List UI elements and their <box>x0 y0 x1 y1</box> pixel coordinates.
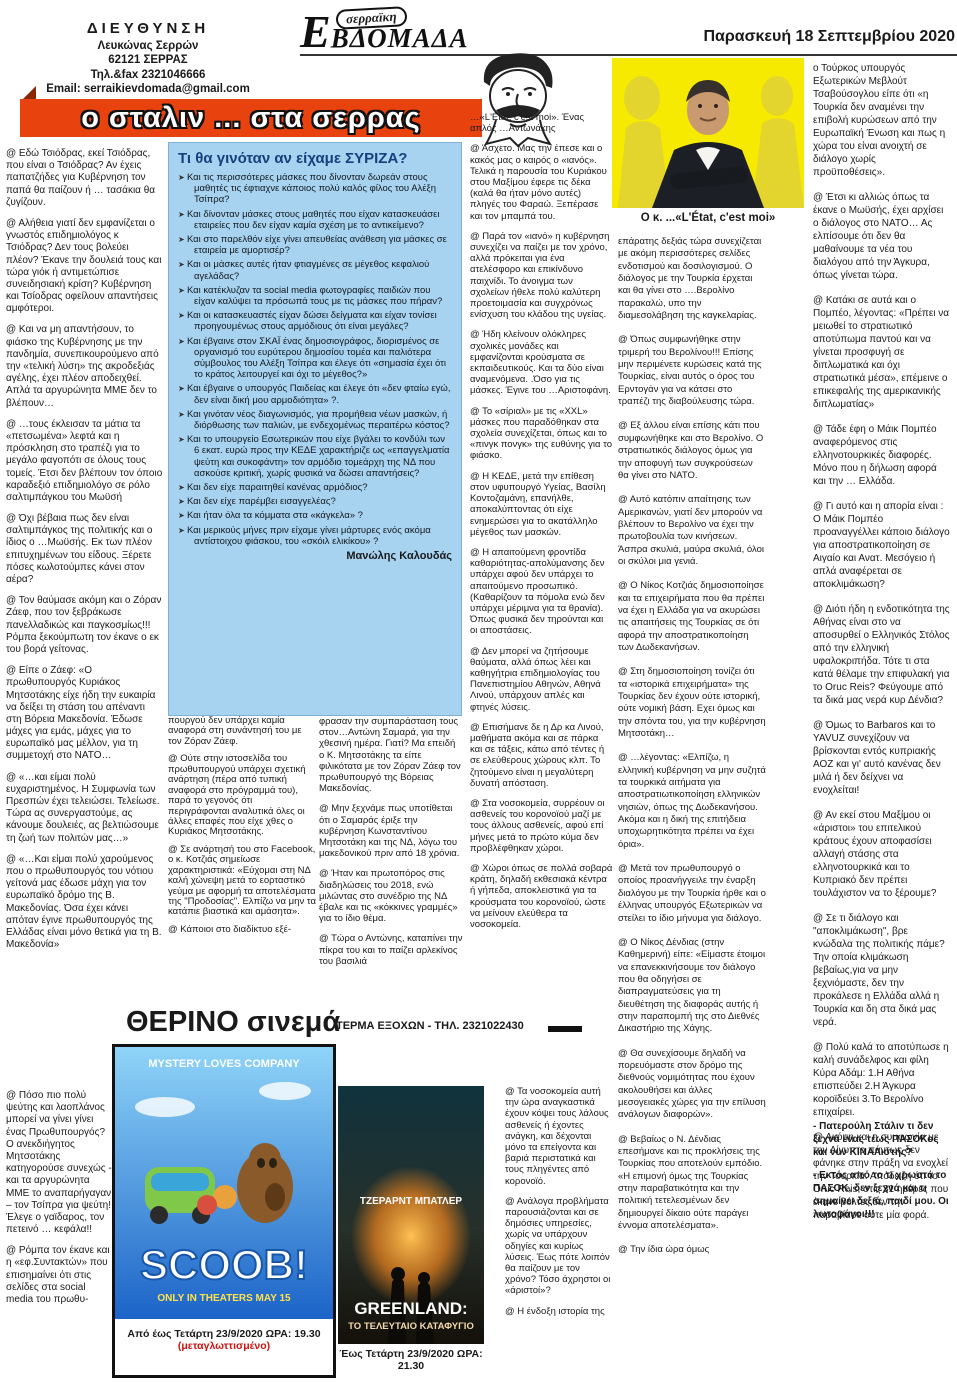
column-2-text: πουργού δεν υπάρχει καμία αναφορά στη συ… <box>168 716 316 942</box>
photo-caption: Ο κ. ...«L'État, c'est moi» <box>612 212 804 224</box>
scoob-title: SCOOB! <box>140 1241 308 1288</box>
column-title-banner: ο σταλιν ... στα σερρας <box>20 99 482 137</box>
issue-date: Παρασκευή 18 Σεπτεμβρίου 2020 <box>655 28 955 46</box>
scoob-tagline: MYSTERY LOVES COMPANY <box>148 1058 300 1070</box>
syriza-box-signature: Μανώλης Καλουδάς <box>178 550 452 562</box>
scoob-release-note: ONLY IN THEATERS MAY 15 <box>157 1293 291 1304</box>
greenland-poster: ΤΖΕΡΑΡΝΤ ΜΠΑΤΛΕΡ GREENLAND: ΤΟ ΤΕΛΕΥΤΑΙΟ… <box>338 1086 484 1344</box>
newspaper-page: ΔΙΕΥΘΥΝΣΗ Λευκώνας Σερρών 62121 ΣΕΡΡΑΣ Τ… <box>0 0 957 1382</box>
address-line: 62121 ΣΕΡΡΑΣ <box>28 53 268 67</box>
column-title: ο σταλιν ... στα σερρας <box>81 102 420 135</box>
address-line: Λευκώνας Σερρών <box>28 39 268 53</box>
cinema-venue-line: ΤΕΡΜΑ ΕΞΟΧΩΝ - ΤΗΛ. 2321022430 <box>336 1020 524 1032</box>
column-3-text: φρασαν την συμπαράσταση τους στον…Αντώνη… <box>319 716 463 976</box>
scoob-poster-frame: MYSTERY LOVES COMPANY SCOOB! ONLY IN THE… <box>112 1044 336 1378</box>
address-phone: Τηλ.&fax 2321046666 <box>28 68 268 82</box>
publisher-address: ΔΙΕΥΘΥΝΣΗ Λευκώνας Σερρών 62121 ΣΕΡΡΑΣ Τ… <box>28 20 268 97</box>
header-rule <box>300 54 957 56</box>
address-title: ΔΙΕΥΘΥΝΣΗ <box>28 20 268 37</box>
address-email: Email: serraikievdomada@gmail.com <box>28 82 268 96</box>
greenland-title: GREENLAND: <box>354 1299 467 1318</box>
cinema-section-title: ΘΕΡΙΝΟ σινεμά <box>126 1006 340 1039</box>
syriza-box: Τι θα γινόταν αν είχαμε ΣΥΡΙΖΑ? Και τις … <box>168 142 462 716</box>
scoob-dubbed-note: (μεταγλωττισμένο) <box>115 1340 333 1352</box>
logo-script-label: σερραϊκη <box>336 6 408 30</box>
scoob-poster: MYSTERY LOVES COMPANY SCOOB! ONLY IN THE… <box>115 1047 333 1319</box>
column-4-text: …«L'État, c'est moi». Ένας απλός …Αντωνά… <box>470 112 613 939</box>
column-6-bold-dialogue: - Πατερούλη Στάλιν τι δεν ξεχνά ένας τέω… <box>813 1120 950 1231</box>
banner-fold-triangle <box>22 86 36 100</box>
column-1-text: @ Εδώ Τσιόδρας, εκεί Τσιόδρας, που είναι… <box>6 148 163 960</box>
greenland-subtitle: ΤΟ ΤΕΛΕΥΤΑΙΟ ΚΑΤΑΦΥΓΙΟ <box>348 1321 474 1332</box>
logo-initial: Ε <box>300 6 331 57</box>
greenland-showtime: Έως Τετάρτη 23/9/2020 ΩΡΑ: 21.30 <box>334 1348 488 1372</box>
column-6-text: ο Τούρκος υπουργός Εξωτερικών Μεβλούτ Τσ… <box>813 62 950 1234</box>
scoob-showtime: Από έως Τετάρτη 23/9/2020 ΩΡΑ: 19.30 <box>115 1328 333 1340</box>
column-1-narrow-text: @ Πόσο πιο πολύ ψεύτης και λαοπλάνος μπο… <box>6 1090 112 1315</box>
syriza-box-list: Και τις περισσότερες μάσκες που δίνονταν… <box>178 172 452 547</box>
column-5-text: επάρατης δεξιάς τώρα συνεχίζεται με ακόμ… <box>618 236 766 1269</box>
syriza-box-title: Τι θα γινόταν αν είχαμε ΣΥΡΙΖΑ? <box>178 150 452 167</box>
greenland-actor: ΤΖΕΡΑΡΝΤ ΜΠΑΤΛΕΡ <box>360 1196 462 1207</box>
column-4-narrow-text: @ Τα νοσοκομεία αυτή την ώρα αναγκαστικά… <box>505 1086 612 1326</box>
mitsotakis-photo <box>612 58 804 208</box>
venue-dash <box>548 1026 582 1032</box>
